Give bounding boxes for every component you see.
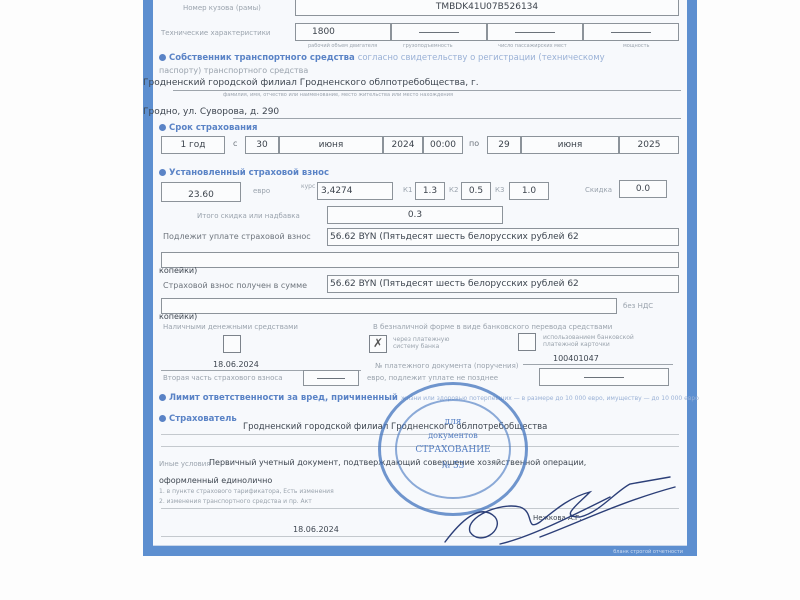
owner-heading-text: Собственник транспортного средства (169, 53, 355, 63)
vin-field: TMBDK41U07B526134 (295, 0, 679, 16)
discount-label: Скидка (585, 186, 612, 194)
payable-value-cont: копейки) (159, 266, 197, 275)
underline (173, 90, 681, 91)
tech-value-4 (583, 23, 679, 41)
bullet-icon (159, 54, 166, 61)
exchange-rate: 3,4274 (317, 182, 393, 200)
to-year-value: 2025 (638, 140, 661, 150)
k1: 1.3 (415, 182, 445, 200)
to-day-value: 29 (498, 140, 509, 150)
other-note-2: 2. изменения транспортного средства и пр… (159, 498, 312, 505)
from-day-value: 30 (256, 140, 267, 150)
to-day: 29 (487, 136, 521, 154)
bullet-icon (159, 394, 166, 401)
from-month: июня (279, 136, 383, 154)
from-time: 00:00 (423, 136, 463, 154)
premium-heading: Установленный страховой взнос (159, 168, 329, 178)
k3: 1.0 (509, 182, 549, 200)
stamp-text-2: документов (381, 431, 525, 440)
order-label: № платежного документа (поручения) (375, 362, 519, 370)
total-coef-label: Итого скидка или надбавка (197, 212, 300, 220)
tech-label: Технические характеристики (161, 29, 270, 37)
exchange-rate-value: 3,4274 (321, 186, 353, 196)
due-field (539, 368, 669, 386)
tech-caption: число пассажирских мест (498, 43, 567, 49)
discount-value: 0.0 (636, 184, 650, 194)
payable-label: Подлежит уплате страховой взнос (163, 232, 311, 241)
from-prefix: с (233, 139, 237, 148)
other-text-2: оформленный единолично (159, 476, 272, 485)
payable-value: 56.62 BYN (Пятьдесят шесть белорусских р… (330, 232, 579, 242)
second-part-field (303, 370, 359, 386)
dash (515, 32, 555, 33)
vat-label: без НДС (623, 302, 653, 310)
card-option-label: через платежную систему банка (393, 336, 473, 350)
insurer-heading-text: Страхователь (169, 414, 237, 424)
signature-date: 18.06.2024 (293, 525, 339, 534)
k2-label: К2 (449, 186, 458, 194)
card-checkbox: ✗ (369, 335, 387, 353)
dash (419, 32, 459, 33)
from-day: 30 (245, 136, 279, 154)
payable-field-cont (161, 252, 679, 268)
from-year: 2024 (383, 136, 423, 154)
k2-value: 0.5 (469, 186, 483, 196)
other-note-1: 1. в пункте страхового тарификатора, Ест… (159, 488, 334, 495)
received-label: Страховой взнос получен в сумме (163, 281, 307, 290)
rate-label: курс (301, 183, 315, 190)
k3-label: К3 (495, 186, 504, 194)
owner-heading: Собственник транспортного средства согла… (159, 53, 605, 63)
underline (523, 364, 673, 365)
order-number: 100401047 (553, 354, 599, 363)
base-premium-value: 23.60 (188, 190, 214, 200)
vin-label: Номер кузова (рамы) (183, 4, 261, 12)
due-label: евро, подлежит уплате не позднее (367, 374, 498, 382)
total-coef: 0.3 (327, 206, 503, 224)
internet-checkbox (518, 333, 536, 351)
k3-value: 1.0 (522, 186, 536, 196)
term-heading: Срок страхования (159, 123, 257, 133)
to-month-value: июня (558, 140, 583, 150)
to-prefix: по (469, 139, 479, 148)
dash (611, 32, 651, 33)
total-coef-value: 0.3 (408, 210, 422, 220)
cash-label: Наличными денежными средствами (163, 323, 298, 331)
vin-value: TMBDK41U07B526134 (436, 2, 538, 12)
term-period-value: 1 год (180, 140, 205, 150)
to-month: июня (521, 136, 619, 154)
from-year-value: 2024 (392, 140, 415, 150)
to-year: 2025 (619, 136, 679, 154)
tech-caption: грузоподъемность (403, 43, 453, 49)
base-unit: евро (253, 187, 270, 195)
k1-label: К1 (403, 186, 412, 194)
stamp-text-3: СТРАХОВАНИЕ (381, 445, 525, 455)
owner-heading-line2: паспорту) транспортного средства (159, 66, 308, 75)
base-premium: 23.60 (161, 182, 241, 202)
owner-name: Гродненский городской филиал Гродненског… (143, 78, 479, 88)
internet-option-label: использованием банковской платежной карт… (543, 334, 663, 348)
liability-heading-text: Лимит ответственности за вред, причиненн… (169, 393, 398, 403)
dash (584, 377, 624, 378)
bullet-icon (159, 169, 166, 176)
dash (317, 378, 345, 379)
discount: 0.0 (619, 180, 667, 198)
tech-value-3 (487, 23, 583, 41)
bullet-icon (159, 124, 166, 131)
tech-caption: рабочий объем двигателя (308, 43, 377, 49)
second-part-label: Вторая часть страхового взноса (163, 374, 283, 382)
payment-date: 18.06.2024 (213, 360, 259, 369)
received-value: 56.62 BYN (Пятьдесят шесть белорусских р… (330, 279, 579, 289)
owner-caption: фамилия, имя, отчество или наименование,… (223, 92, 453, 98)
stamp-text-1: для (381, 417, 525, 427)
underline (233, 118, 681, 119)
payable-field: 56.62 BYN (Пятьдесят шесть белорусских р… (327, 228, 679, 246)
term-heading-text: Срок страхования (169, 123, 257, 133)
insurer-heading: Страхователь (159, 414, 237, 424)
noncash-label: В безналичной форме в виде банковского п… (373, 323, 612, 331)
k1-value: 1.3 (423, 186, 437, 196)
bullet-icon (159, 415, 166, 422)
owner-heading-rest: согласно свидетельству о регистрации (те… (358, 53, 605, 63)
cash-checkbox (223, 335, 241, 353)
from-time-value: 00:00 (430, 140, 456, 150)
other-label: Иные условия (159, 460, 211, 468)
premium-heading-text: Установленный страховой взнос (169, 168, 329, 178)
engine-volume: 1800 (312, 27, 335, 37)
tech-caption: мощность (623, 43, 649, 49)
received-value-cont: копейки) (159, 312, 197, 321)
tech-value-2 (391, 23, 487, 41)
received-field-cont (161, 298, 617, 314)
received-field: 56.62 BYN (Пятьдесят шесть белорусских р… (327, 275, 679, 293)
signature-scribble (440, 462, 680, 552)
term-period: 1 год (161, 136, 225, 154)
from-month-value: июня (319, 140, 344, 150)
tech-value-1: 1800 (295, 23, 391, 41)
owner-address: Гродно, ул. Суворова, д. 290 (143, 107, 279, 117)
k2: 0.5 (461, 182, 491, 200)
